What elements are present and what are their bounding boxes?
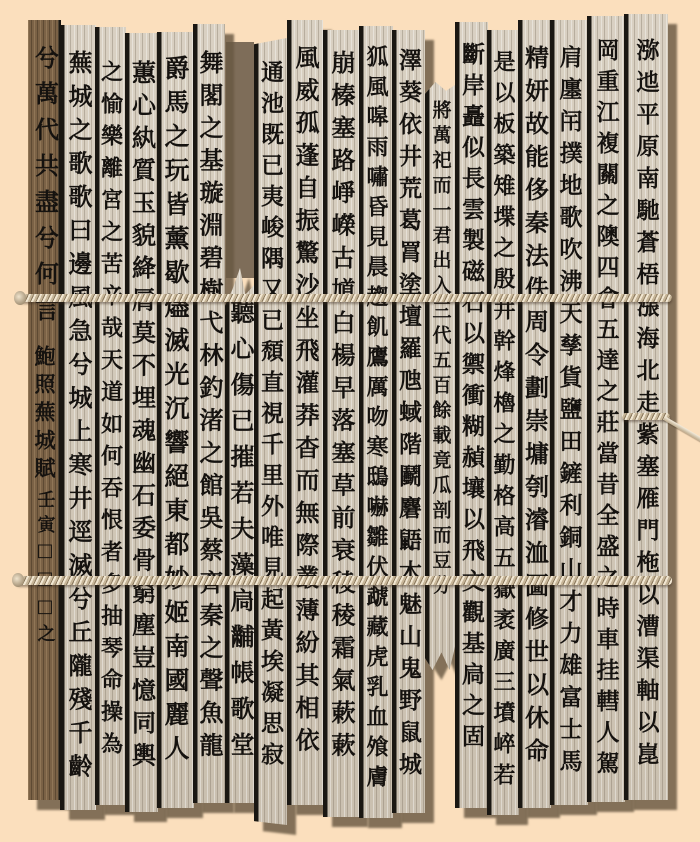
- cord-knot-upper: [14, 291, 26, 305]
- slip-surface: 之愉樂離宮之苦辛哉天道如何吞恨者多抽琴命操為: [95, 27, 126, 805]
- slip-surface: 舞閣之基璇淵碧樹弋林釣渚之館吳蔡齊秦之聲魚龍: [193, 24, 225, 803]
- slip-surface: 精妍故能侈秦法佚周令劃崇墉刳濬洫圖修世以休命: [518, 20, 551, 808]
- slip-text: 崩榛塞路崢嶸古馗白楊早落塞草前衰稜稜霜氣蔌蔌: [329, 50, 353, 765]
- slip-text: 之愉樂離宮之苦辛哉天道如何吞恨者多抽琴命操為: [100, 60, 122, 764]
- slip-surface: 㳽迆平原南馳蒼梧漲海北走紫塞雁門柂以漕渠軸以崑: [624, 14, 668, 800]
- slip-surface: 崩榛塞路崢嶸古馗白楊早落塞草前衰稜稜霜氣蔌蔌: [323, 30, 359, 817]
- bamboo-slip-5: 是以板築雉堞之殷井幹烽櫓之勤格高五嶽袤廣三墳崪若: [487, 30, 519, 815]
- bamboo-slip-13-broken: 聽心傷已摧若夫藻扃黼帳歌堂: [225, 268, 255, 803]
- slip-surface: 岡重江複關之隩四會五達之莊當昔全盛之時車挂轊人駕: [587, 16, 625, 802]
- bamboo-slip-15: 爵馬之玩皆薰歇燼滅光沉響絕東都妙姬南國麗人: [157, 32, 194, 808]
- slip-surface: 風威孤蓬自振驚沙坐飛灌莽杳而無際叢薄紛其相依: [287, 20, 323, 805]
- bamboo-slip-8: 澤葵依井荒葛罥塗壇羅虺蜮階鬬麏鼯木魅山鬼野鼠城: [392, 30, 425, 813]
- bamboo-slip-12: 通池既已夷峻隅又已頹直視千里外唯見起黃埃凝思寂: [254, 38, 287, 825]
- slip-text: 狐風嗥雨嘯昏見晨趨飢鷹厲吻寒鴟嚇雛伏虣藏虎乳血飧膚: [365, 45, 387, 795]
- slip-text: 將萬祀而一君出入三代五百餘載竟瓜剖而豆分: [431, 100, 450, 600]
- slip-text: 蕙心紈質玉貌絳脣莫不埋魂幽石委骨窮塵豈憶同輿: [130, 60, 154, 775]
- slip-text: 兮萬代共盡兮何言: [33, 45, 57, 333]
- slip-text: 爵馬之玩皆薰歇燼滅光沉響絕東都妙姬南國麗人: [163, 55, 188, 769]
- bamboo-slip-16: 蕙心紈質玉貌絳脣莫不埋魂幽石委骨窮塵豈憶同輿: [125, 33, 158, 812]
- binding-cord-lower: [16, 576, 672, 585]
- bamboo-slip-19: 兮萬代共盡兮何言 鮑照蕪城賦 壬寅□□□之: [28, 20, 61, 800]
- slip-text: 舞閣之基璇淵碧樹弋林釣渚之館吳蔡齊秦之聲魚龍: [197, 50, 221, 765]
- bamboo-slip-18: 蕪城之歌歌曰邊風急兮城上寒井逕滅兮丘隴殘千齡: [60, 25, 96, 810]
- cord-knot-lower: [12, 573, 24, 587]
- slip-text: 肩廛闬撲地歌吹沸天孳貨鹽田鏟利銅山才力雄富士馬: [558, 45, 581, 781]
- loose-string-end: [663, 416, 700, 442]
- bamboo-slip-2: 岡重江複關之隩四會五達之莊當昔全盛之時車挂轊人駕: [587, 16, 625, 802]
- bamboo-slip-1: 㳽迆平原南馳蒼梧漲海北走紫塞雁門柂以漕渠軸以崑: [624, 14, 668, 800]
- bamboo-slip-4: 精妍故能侈秦法佚周令劃崇墉刳濬洫圖修世以休命: [518, 20, 551, 808]
- bamboo-slip-3: 肩廛闬撲地歌吹沸天孳貨鹽田鏟利銅山才力雄富士馬: [550, 20, 588, 805]
- slip-text: 通池既已夷峻隅又已頹直視千里外唯見起黃埃凝思寂: [259, 60, 282, 773]
- slip-surface: 澤葵依井荒葛罥塗壇羅虺蜮階鬬麏鼯木魅山鬼野鼠城: [392, 30, 425, 813]
- slip-text: 岡重江複關之隩四會五達之莊當昔全盛之時車挂轊人駕: [595, 38, 618, 782]
- slip-surface: 狐風嗥雨嘯昏見晨趨飢鷹厲吻寒鴟嚇雛伏虣藏虎乳血飧膚: [359, 26, 393, 818]
- slip-surface: 蕪城之歌歌曰邊風急兮城上寒井逕滅兮丘隴殘千齡: [60, 25, 96, 810]
- colophon-title: 鮑照蕪城賦: [34, 345, 55, 485]
- slip-surface: 兮萬代共盡兮何言 鮑照蕪城賦 壬寅□□□之: [28, 20, 61, 800]
- slip-text: 斷岸矗似長雲製磁石以禦衝糊赬壤以飛文觀基扃之固: [460, 42, 483, 755]
- slip-surface: 是以板築雉堞之殷井幹烽櫓之勤格高五嶽袤廣三墳崪若: [487, 30, 519, 815]
- bamboo-slip-14: 舞閣之基璇淵碧樹弋林釣渚之館吳蔡齊秦之聲魚龍: [193, 24, 225, 803]
- bamboo-slip-9: 狐風嗥雨嘯昏見晨趨飢鷹厲吻寒鴟嚇雛伏虣藏虎乳血飧膚: [359, 26, 393, 818]
- bamboo-slip-10: 崩榛塞路崢嶸古馗白楊早落塞草前衰稜稜霜氣蔌蔌: [323, 30, 359, 817]
- slip-surface: 肩廛闬撲地歌吹沸天孳貨鹽田鏟利銅山才力雄富士馬: [550, 20, 588, 805]
- bamboo-slip-6: 斷岸矗似長雲製磁石以禦衝糊赬壤以飛文觀基扃之固: [455, 22, 488, 808]
- bamboo-slip-17: 之愉樂離宮之苦辛哉天道如何吞恨者多抽琴命操為: [95, 27, 126, 805]
- slip-text: 是以板築雉堞之殷井幹烽櫓之勤格高五嶽袤廣三墳崪若: [492, 50, 514, 794]
- slip-surface: 爵馬之玩皆薰歇燼滅光沉響絕東都妙姬南國麗人: [157, 32, 194, 808]
- slip-text: 澤葵依井荒葛罥塗壇羅虺蜮階鬬麏鼯木魅山鬼野鼠城: [397, 48, 420, 784]
- slip-surface: 通池既已夷峻隅又已頹直視千里外唯見起黃埃凝思寂: [254, 38, 287, 825]
- bamboo-slip-scroll: 兮萬代共盡兮何言 鮑照蕪城賦 壬寅□□□之 蕪城之歌歌曰邊風急兮城上寒井逕滅兮丘…: [0, 0, 700, 842]
- slip-surface: 斷岸矗似長雲製磁石以禦衝糊赬壤以飛文觀基扃之固: [455, 22, 488, 808]
- slip-text: 精妍故能侈秦法佚周令劃崇墉刳濬洫圖修世以休命: [523, 45, 547, 771]
- slip-text: 聽心傷已摧若夫藻扃黼帳歌堂: [228, 300, 252, 768]
- binding-cord-upper: [18, 294, 672, 302]
- slip-text: 風威孤蓬自振驚沙坐飛灌莽杳而無際叢薄紛其相依: [293, 45, 317, 760]
- slip-text: 㳽迆平原南馳蒼梧漲海北走紫塞雁門柂以漕渠軸以崑: [635, 38, 658, 774]
- slip-surface: 蕙心紈質玉貌絳脣莫不埋魂幽石委骨窮塵豈憶同輿: [125, 33, 158, 812]
- bamboo-slip-11: 風威孤蓬自振驚沙坐飛灌莽杳而無際叢薄紛其相依: [287, 20, 323, 805]
- slip-text: 蕪城之歌歌曰邊風急兮城上寒井逕滅兮丘隴殘千齡: [66, 50, 90, 787]
- colophon-signature: 壬寅□□□之: [36, 490, 54, 649]
- gap-shadow: [226, 42, 254, 278]
- slip-surface: 聽心傷已摧若夫藻扃黼帳歌堂: [225, 268, 255, 803]
